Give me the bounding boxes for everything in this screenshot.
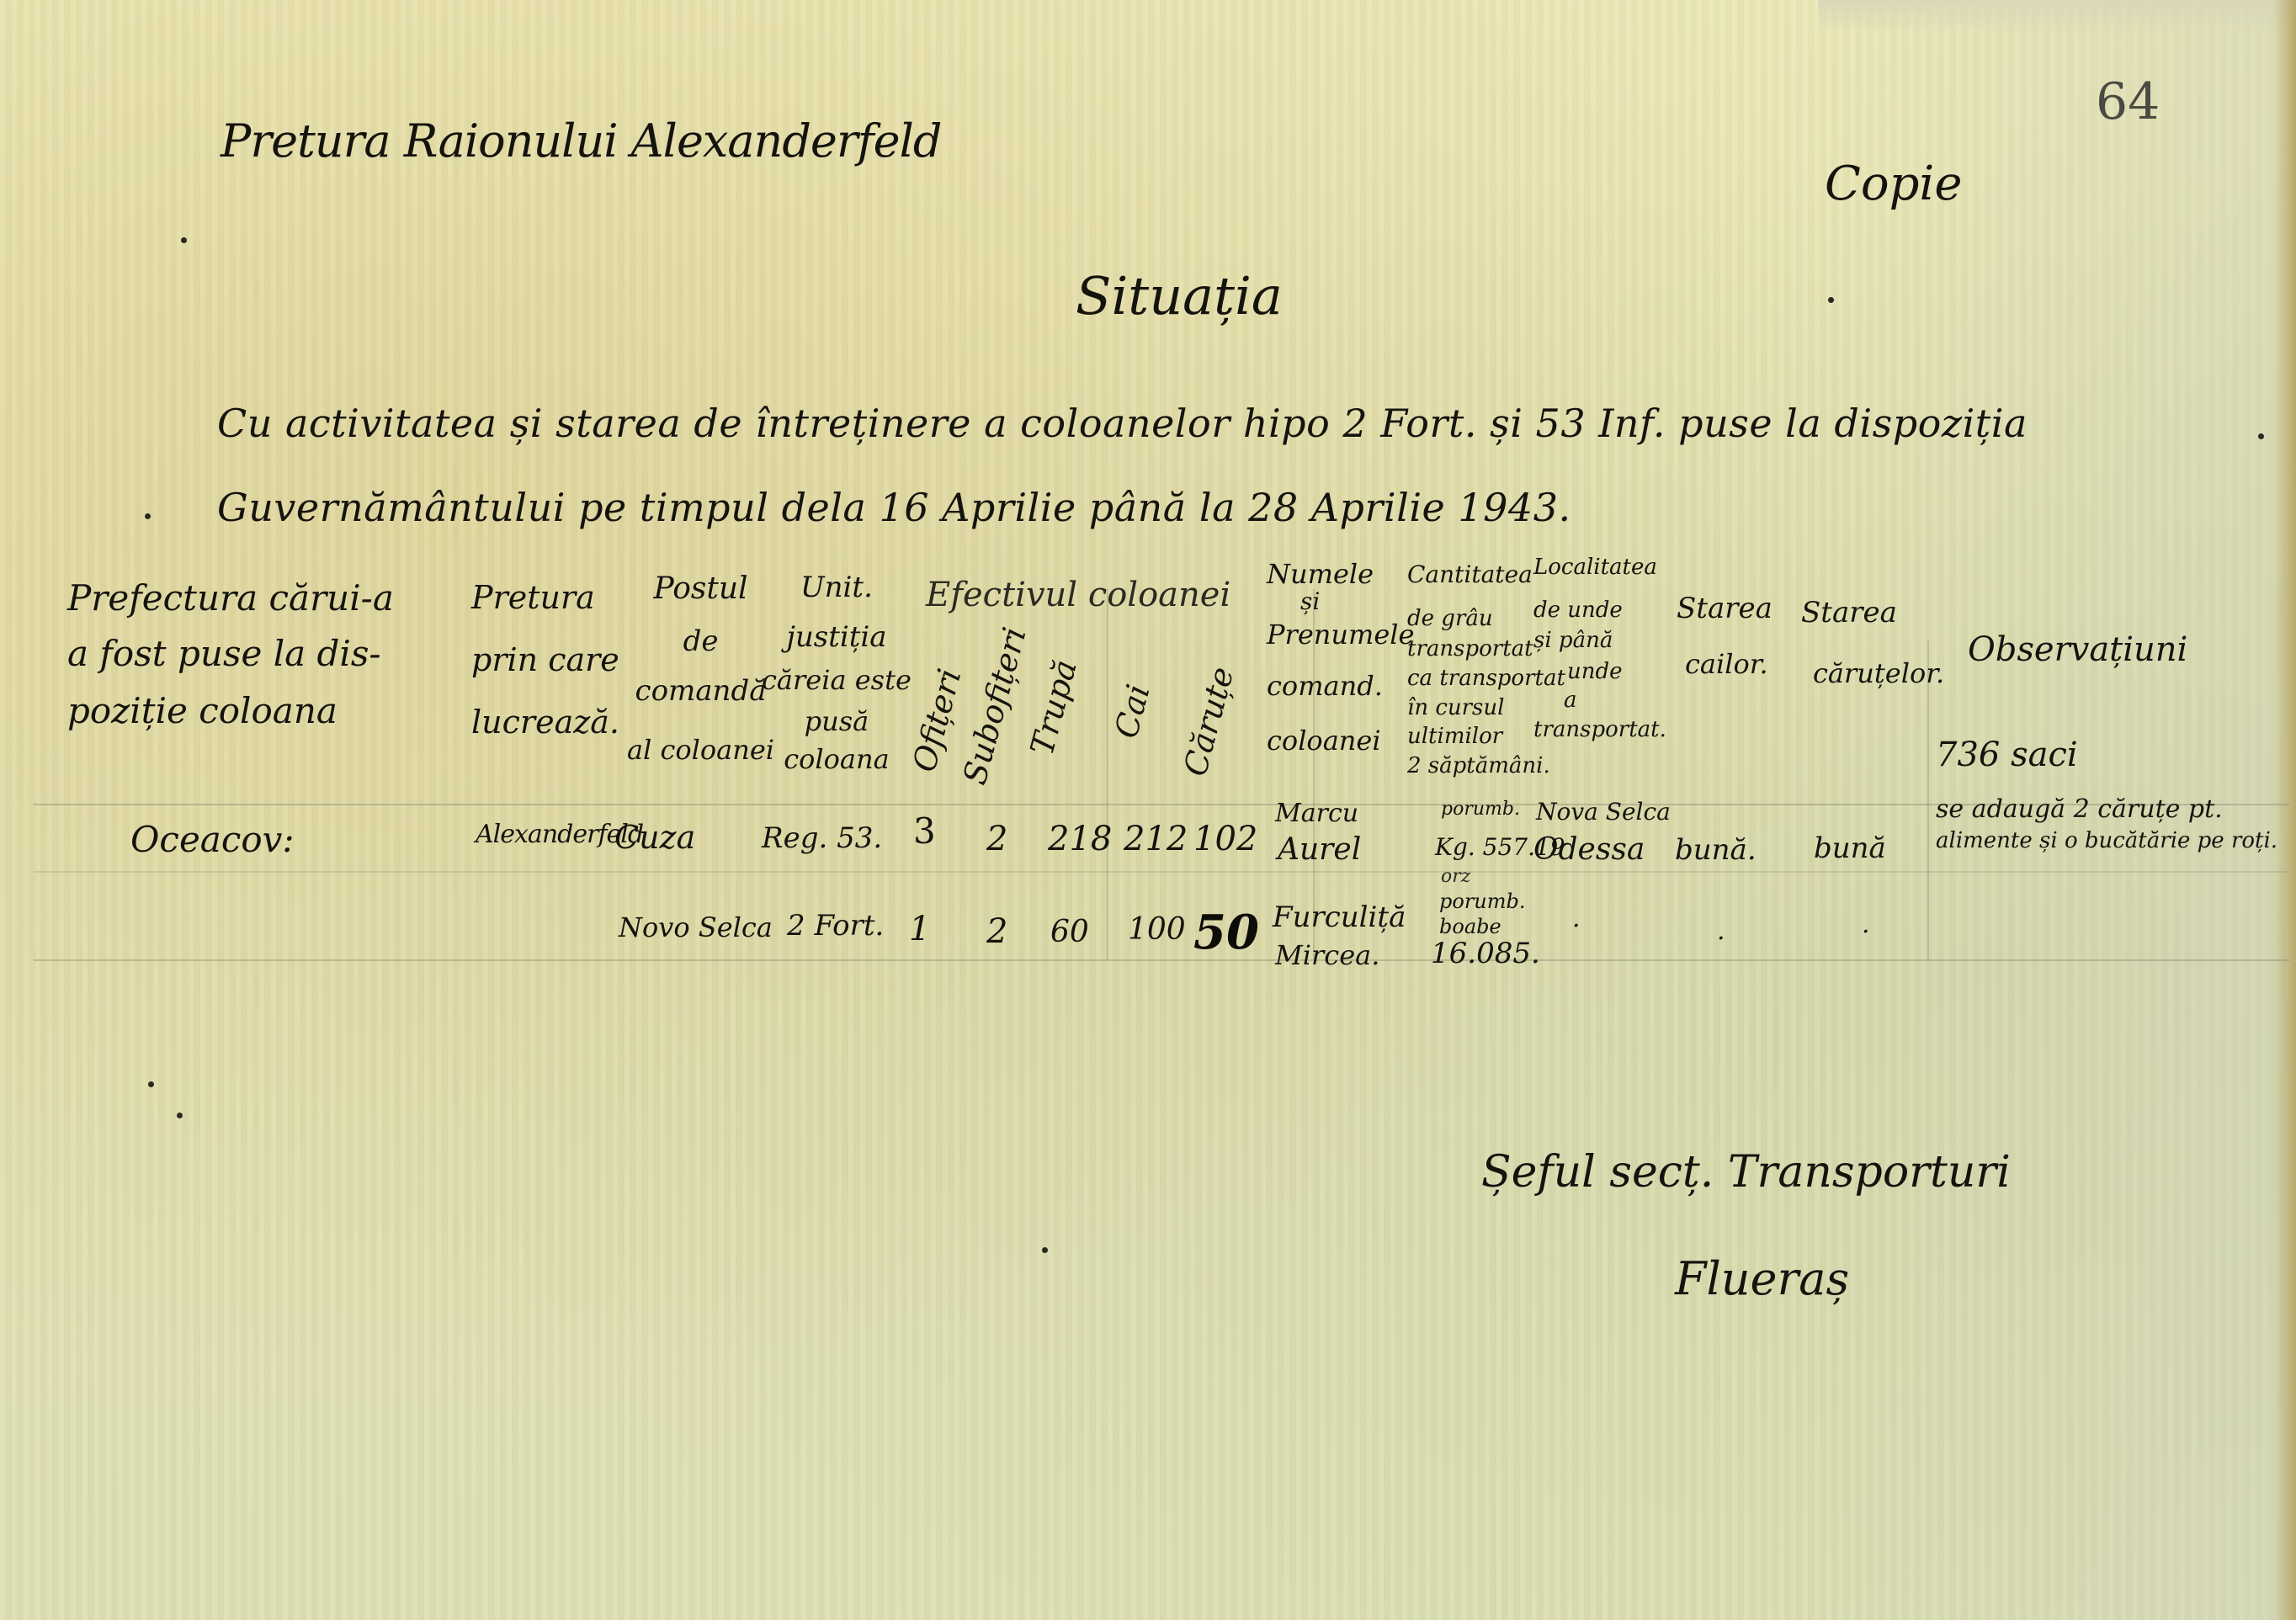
cell-pretura: Novo Selca [619, 913, 773, 943]
intro-line-1: Cu activitatea și starea de întreținere … [217, 402, 2028, 445]
cell-cantitatea-1: porumb. [1441, 799, 1520, 820]
copy-mark: Copie [1825, 158, 1962, 210]
ink-speck [2258, 433, 2264, 439]
signature-role: Șeful secț. Transporturi [1481, 1149, 2011, 1197]
ink-speck [1042, 1247, 1048, 1253]
header-starea-cailor: Starea cailor. [1677, 593, 1772, 680]
header-pretura: Pretura prin care lucrează. [471, 581, 619, 740]
cell-carute: 102 [1193, 821, 1257, 858]
cell-cantitatea-1: porumb. [1439, 890, 1526, 912]
header-prefectura: Prefectura cărui-a a fost puse la dis- p… [67, 579, 394, 731]
cell-cantitatea-3: orz [1441, 867, 1470, 887]
cell-unitatea: 2 Fort. [787, 911, 884, 942]
cell-unitatea: Reg. 53. [762, 823, 882, 854]
ink-speck [148, 1081, 154, 1087]
table-col-divider [1107, 589, 1108, 959]
cell-ofiteri: 3 [913, 812, 936, 851]
cell-ofiteri: 1 [909, 911, 930, 948]
table-rule-bottom [34, 959, 2289, 961]
page-number: 64 [2096, 74, 2160, 130]
observation-line-3: alimente și o bucătărie pe roți. [1936, 829, 2277, 853]
cell-starea-carutelor: . [1862, 911, 1870, 938]
ink-speck [177, 1113, 183, 1118]
header-starea-carutelor: Starea căruțelor. [1801, 598, 1944, 689]
ink-speck [181, 237, 187, 243]
cell-localitatea-1: Nova Selca [1536, 799, 1671, 826]
header-pretura: Pretura Raionului Alexanderfeld [221, 116, 941, 166]
cell-starea-cailor: bună. [1675, 835, 1757, 866]
ink-speck [1828, 297, 1834, 303]
cell-numele-1: Furculiță [1273, 902, 1406, 933]
table-rule-row [34, 871, 2289, 873]
cell-starea-cailor: . [1717, 917, 1725, 945]
paper-torn-edge [1818, 0, 2296, 34]
header-postul: Postul de comandă al coloanei [627, 572, 774, 766]
cell-localitatea-2: Odessa [1533, 833, 1645, 867]
cell-localitatea: . [1572, 905, 1581, 932]
observation-line-1: 736 saci [1936, 736, 2078, 773]
header-efectivul-group: Efectivul coloanei [926, 576, 1230, 613]
cell-cai: 100 [1128, 913, 1186, 947]
cell-numele-2: Aurel [1278, 833, 1361, 867]
signature-name: Flueraș [1675, 1254, 1849, 1304]
header-numele: Numele și Prenumele comand. coloanei [1267, 560, 1414, 757]
ink-speck [145, 513, 151, 519]
cell-subofiteri: 2 [986, 913, 1007, 950]
paper-right-edge [2272, 0, 2296, 1620]
header-observatiuni: Observațiuni [1968, 631, 2187, 668]
cell-subofiteri: 2 [986, 821, 1007, 858]
cell-prefectura: Oceacov: [130, 821, 295, 859]
cell-numele-2: Mircea. [1275, 941, 1379, 970]
page-title: Situația [1076, 268, 1283, 325]
header-unitatea: Unit. justiția căreia este pusă coloana [762, 572, 911, 774]
cell-trupa: 60 [1050, 916, 1089, 949]
cell-numele-1: Marcu [1275, 799, 1358, 827]
cell-trupa: 218 [1048, 821, 1112, 858]
cell-postul: Cuza [614, 821, 695, 856]
cell-cai: 212 [1124, 821, 1188, 858]
cell-cantitatea-3: 16.085. [1431, 938, 1540, 969]
header-localitatea: Localitatea de unde și până unde a trans… [1533, 555, 1666, 742]
cell-carute: 50 [1193, 905, 1259, 960]
observation-line-2: se adaugă 2 căruțe pt. [1936, 795, 2223, 823]
intro-line-2: Guvernământului pe timpul dela 16 Aprili… [217, 486, 1571, 529]
cell-starea-carutelor: bună [1814, 833, 1886, 864]
cell-cantitatea-2: boabe [1439, 916, 1501, 937]
